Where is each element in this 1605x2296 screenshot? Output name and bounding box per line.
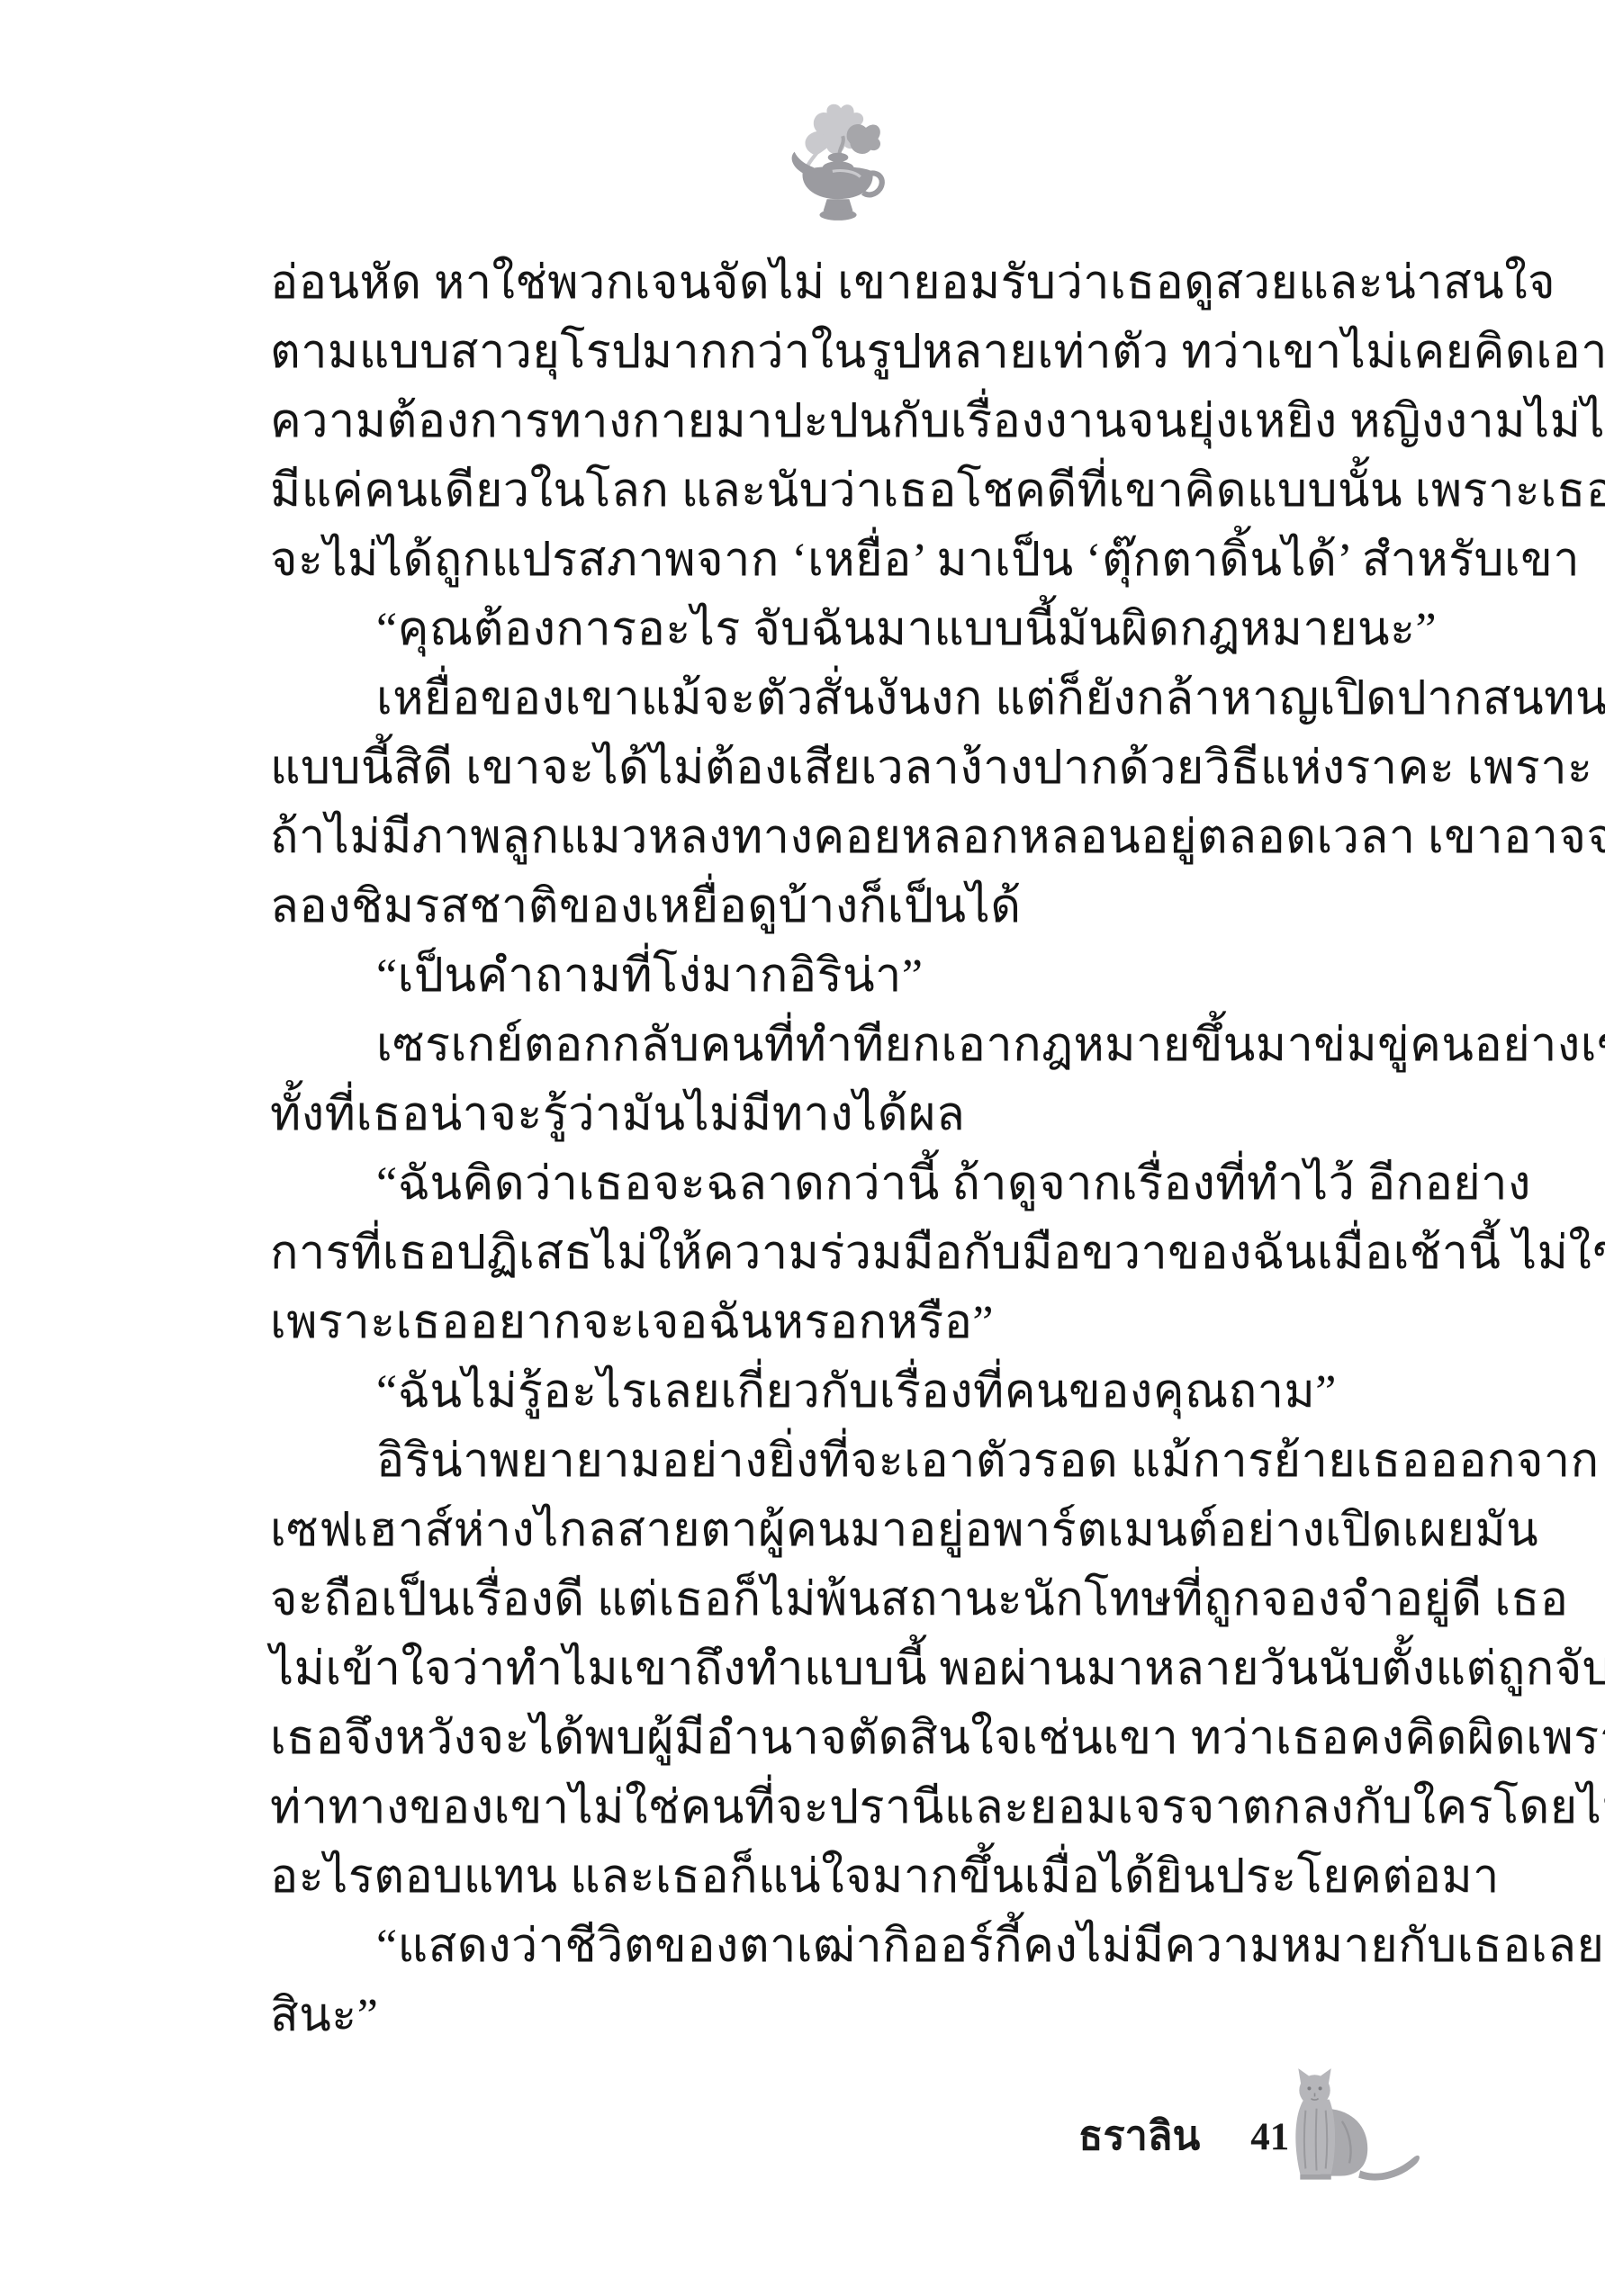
page-footer: ธราลิน 41 bbox=[1078, 2102, 1289, 2167]
text-line: เซฟเฮาส์ห่างไกลสายตาผู้คนมาอยู่อพาร์ตเมน… bbox=[270, 1496, 1420, 1565]
text-line: อ่อนหัด หาใช่พวกเจนจัดไม่ เขายอมรับว่าเธ… bbox=[270, 248, 1420, 318]
text-line: “แสดงว่าชีวิตของตาเฒ่ากิออร์กี้คงไม่มีคว… bbox=[270, 1912, 1420, 1981]
text-line: จะถือเป็นเรื่องดี แต่เธอก็ไม่พ้นสถานะนัก… bbox=[270, 1565, 1420, 1634]
text-line: ทั้งที่เธอน่าจะรู้ว่ามันไม่มีทางได้ผล bbox=[270, 1080, 1420, 1149]
text-line: แบบนี้สิดี เขาจะได้ไม่ต้องเสียเวลาง้างปา… bbox=[270, 734, 1420, 803]
text-line: ท่าทางของเขาไม่ใช่คนที่จะปรานีและยอมเจรจ… bbox=[270, 1773, 1420, 1842]
text-line: “ฉันคิดว่าเธอจะฉลาดกว่านี้ ถ้าดูจากเรื่อ… bbox=[270, 1149, 1420, 1219]
text-line: มีแค่คนเดียวในโลก และนับว่าเธอโชคดีที่เข… bbox=[270, 456, 1420, 526]
text-line: จะไม่ได้ถูกแปรสภาพจาก ‘เหยื่อ’ มาเป็น ‘ต… bbox=[270, 526, 1420, 595]
text-line: การที่เธอปฏิเสธไม่ให้ความร่วมมือกับมือขว… bbox=[270, 1219, 1420, 1288]
genie-lamp-ornament-icon bbox=[785, 101, 889, 223]
text-line: ความต้องการทางกายมาปะปนกับเรื่องงานจนยุ่… bbox=[270, 387, 1420, 456]
text-line: เพราะเธออยากจะเจอฉันหรอกหรือ” bbox=[270, 1288, 1420, 1357]
text-line: “เป็นคำถามที่โง่มากอิริน่า” bbox=[270, 941, 1420, 1011]
text-line: อะไรตอบแทน และเธอก็แน่ใจมากขึ้นเมื่อได้ย… bbox=[270, 1842, 1420, 1912]
book-title: ธราลิน bbox=[1078, 2102, 1200, 2167]
text-line: ถ้าไม่มีภาพลูกแมวหลงทางคอยหลอกหลอนอยู่ตล… bbox=[270, 803, 1420, 872]
text-line: เซรเกย์ตอกกลับคนที่ทำทียกเอากฎหมายขึ้นมา… bbox=[270, 1011, 1420, 1080]
cat-image bbox=[1276, 2066, 1422, 2194]
text-line: ตามแบบสาวยุโรปมากกว่าในรูปหลายเท่าตัว ทว… bbox=[270, 318, 1420, 387]
text-line: “ฉันไม่รู้อะไรเลยเกี่ยวกับเรื่องที่คนของ… bbox=[270, 1357, 1420, 1427]
text-line: “คุณต้องการอะไร จับฉันมาแบบนี้มันผิดกฎหม… bbox=[270, 595, 1420, 664]
body-text: อ่อนหัด หาใช่พวกเจนจัดไม่ เขายอมรับว่าเธ… bbox=[270, 248, 1420, 2050]
text-line: ลองชิมรสชาติของเหยื่อดูบ้างก็เป็นได้ bbox=[270, 872, 1420, 941]
text-line: สินะ” bbox=[270, 1981, 1420, 2050]
text-line: อิริน่าพยายามอย่างยิ่งที่จะเอาตัวรอด แม้… bbox=[270, 1427, 1420, 1496]
text-line: ไม่เข้าใจว่าทำไมเขาถึงทำแบบนี้ พอผ่านมาห… bbox=[270, 1634, 1420, 1704]
text-line: เหยื่อของเขาแม้จะตัวสั่นงันงก แต่ก็ยังกล… bbox=[270, 664, 1420, 734]
book-page: อ่อนหัด หาใช่พวกเจนจัดไม่ เขายอมรับว่าเธ… bbox=[0, 0, 1605, 2296]
text-line: เธอจึงหวังจะได้พบผู้มีอำนาจตัดสินใจเช่นเ… bbox=[270, 1704, 1420, 1773]
